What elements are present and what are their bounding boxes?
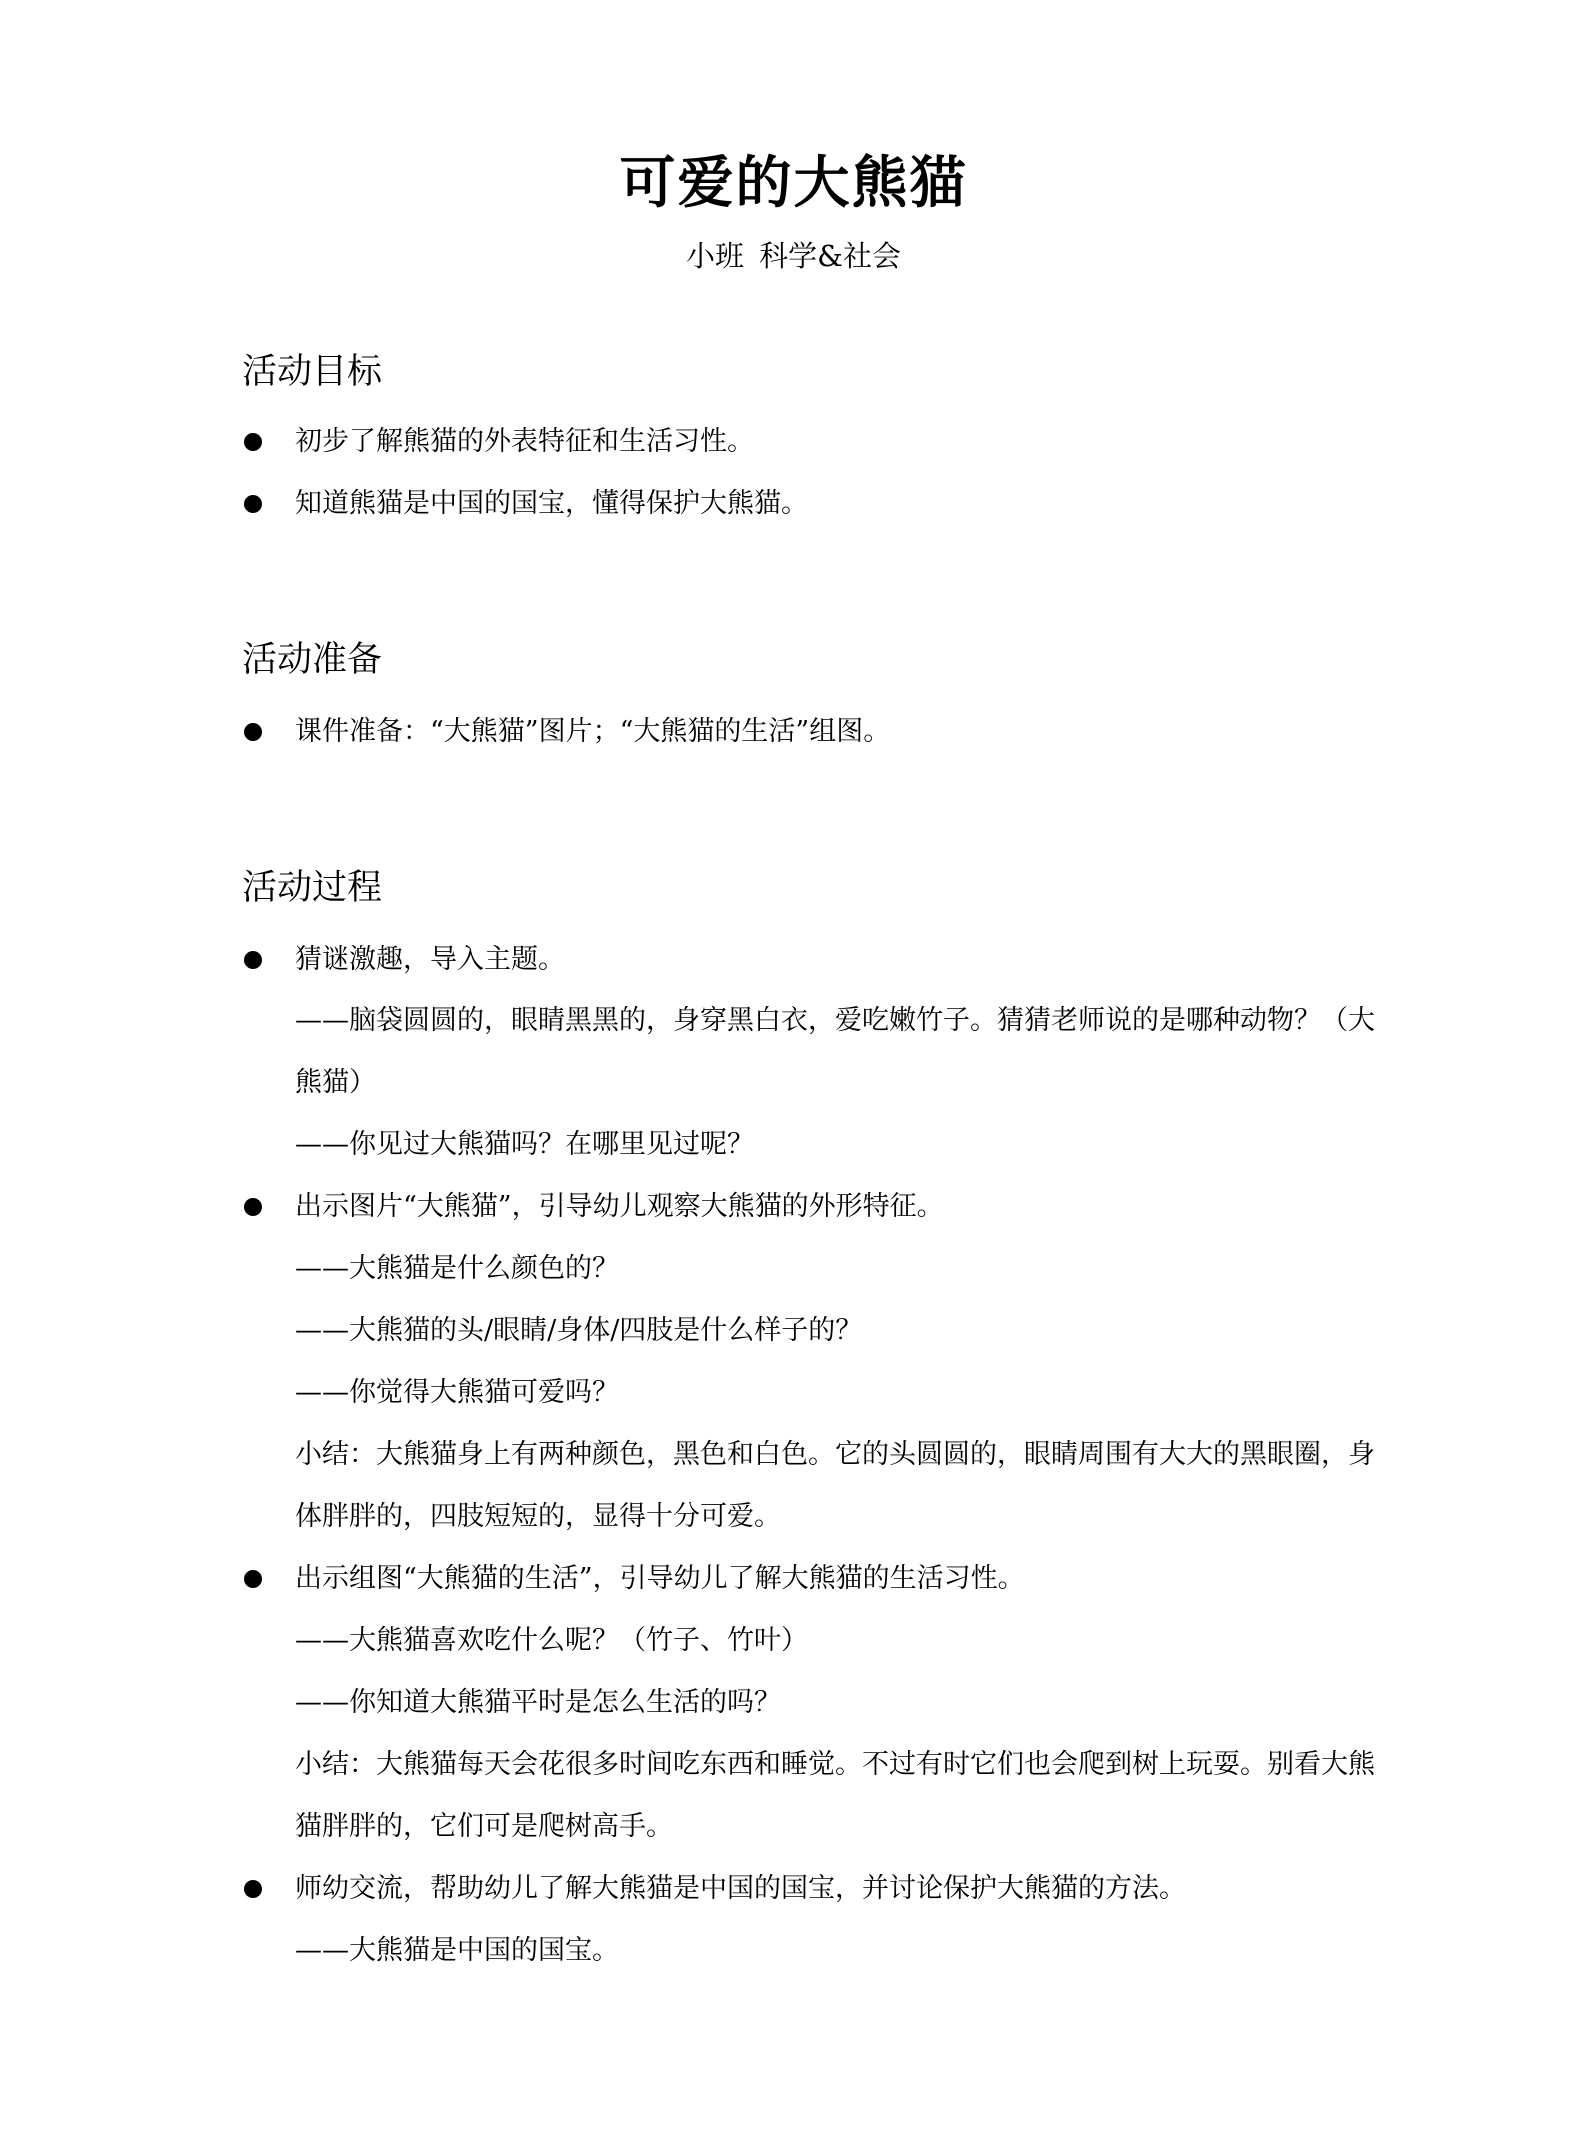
bullet-icon [244, 723, 262, 741]
step-line: ——大熊猫是什么颜色的？ [295, 1249, 1420, 1289]
bullet-text: 师幼交流，帮助幼儿了解大熊猫是中国的国宝，并讨论保护大熊猫的方法。 [295, 1869, 1186, 1909]
summary-line: 猫胖胖的，它们可是爬树高手。 [295, 1807, 1420, 1847]
step-line: ——你知道大熊猫平时是怎么生活的吗？ [295, 1683, 1420, 1723]
bullet-icon [244, 951, 262, 969]
bullet-text: 课件准备：“大熊猫”图片；“大熊猫的生活”组图。 [295, 712, 890, 752]
document-subtitle: 小班 科学&社会 [0, 236, 1587, 276]
process-step-bullet: 出示组图“大熊猫的生活”，引导幼儿了解大熊猫的生活习性。 [242, 1559, 1025, 1599]
section-heading-process: 活动过程 [242, 864, 382, 912]
summary-line: 小结：大熊猫每天会花很多时间吃东西和睡觉。不过有时它们也会爬到树上玩耍。别看大熊 [295, 1745, 1420, 1785]
process-step-bullet: 猜谜激趣，导入主题。 [242, 940, 565, 980]
document-title: 可爱的大熊猫 [0, 148, 1587, 218]
step-line: ——你见过大熊猫吗？在哪里见过呢？ [295, 1125, 1420, 1165]
process-step-bullet: 出示图片“大熊猫”，引导幼儿观察大熊猫的外形特征。 [242, 1187, 944, 1227]
section-heading-goals: 活动目标 [242, 348, 382, 396]
section-heading-preparation: 活动准备 [242, 636, 382, 684]
document-page: 可爱的大熊猫 小班 科学&社会 活动目标 初步了解熊猫的外表特征和生活习性。 知… [0, 0, 1587, 2138]
bullet-text: 初步了解熊猫的外表特征和生活习性。 [295, 422, 754, 462]
bullet-text: 出示组图“大熊猫的生活”，引导幼儿了解大熊猫的生活习性。 [295, 1559, 1025, 1599]
step-line: ——脑袋圆圆的，眼睛黑黑的，身穿黑白衣，爱吃嫩竹子。猜猜老师说的是哪种动物？（大 [295, 1001, 1420, 1041]
goal-bullet-item: 初步了解熊猫的外表特征和生活习性。 [242, 422, 754, 462]
bullet-icon [244, 495, 262, 513]
process-step-bullet: 师幼交流，帮助幼儿了解大熊猫是中国的国宝，并讨论保护大熊猫的方法。 [242, 1869, 1186, 1909]
bullet-icon [244, 1198, 262, 1216]
bullet-text: 猜谜激趣，导入主题。 [295, 940, 565, 980]
bullet-icon [244, 1570, 262, 1588]
bullet-icon [244, 1880, 262, 1898]
bullet-icon [244, 433, 262, 451]
preparation-bullet-item: 课件准备：“大熊猫”图片；“大熊猫的生活”组图。 [242, 712, 890, 752]
step-line: ——大熊猫喜欢吃什么呢？（竹子、竹叶） [295, 1621, 1420, 1661]
bullet-text: 出示图片“大熊猫”，引导幼儿观察大熊猫的外形特征。 [295, 1187, 944, 1227]
summary-line: 小结：大熊猫身上有两种颜色，黑色和白色。它的头圆圆的，眼睛周围有大大的黑眼圈，身 [295, 1435, 1420, 1475]
summary-line: 体胖胖的，四肢短短的，显得十分可爱。 [295, 1497, 1420, 1537]
step-line: ——你觉得大熊猫可爱吗？ [295, 1373, 1420, 1413]
step-line: 熊猫） [295, 1063, 1420, 1103]
goal-bullet-item: 知道熊猫是中国的国宝，懂得保护大熊猫。 [242, 484, 808, 524]
step-line: ——大熊猫的头/眼睛/身体/四肢是什么样子的？ [295, 1311, 1420, 1351]
step-line: ——大熊猫是中国的国宝。 [295, 1931, 1420, 1971]
bullet-text: 知道熊猫是中国的国宝，懂得保护大熊猫。 [295, 484, 808, 524]
